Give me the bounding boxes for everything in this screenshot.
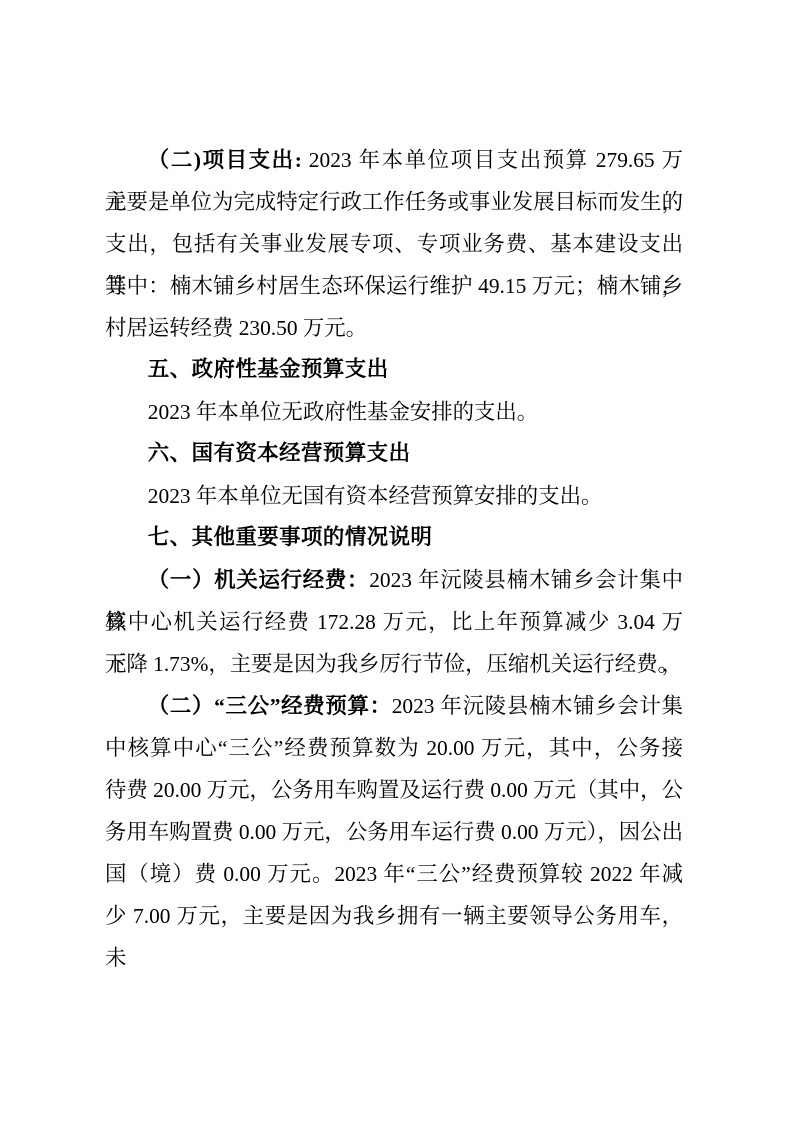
text-line: 务用车购置费 0.00 万元，公务用车运行费 0.00 万元），因公出 bbox=[105, 811, 683, 853]
text-line: 村居运转经费 230.50 万元。 bbox=[105, 307, 683, 349]
text-line: 2023 年本单位无国有资本经营预算安排的支出。 bbox=[105, 475, 683, 517]
heading-other-important-matters: 七、其他重要事项的情况说明 bbox=[105, 517, 683, 559]
document-page: （二)项目支出: 2023 年本单位项目支出预算 279.65 万元， 主要是单… bbox=[0, 0, 793, 1122]
text-line: 2023 年本单位无政府性基金安排的支出。 bbox=[105, 391, 683, 433]
text-line: （二）“三公”经费预算：2023 年沅陵县楠木铺乡会计集 bbox=[105, 685, 683, 727]
heading-state-capital-budget: 六、国有资本经营预算支出 bbox=[105, 433, 683, 475]
paragraph-lead: （二）“三公”经费预算： bbox=[148, 694, 392, 718]
text-line: 其中：楠木铺乡村居生态环保运行维护 49.15 万元；楠木铺乡 bbox=[105, 265, 683, 307]
paragraph-lead: （二)项目支出: bbox=[148, 148, 302, 172]
text-run: 2023 年沅陵县楠木铺乡会计集 bbox=[392, 694, 683, 718]
paragraph-no-gov-fund: 2023 年本单位无政府性基金安排的支出。 bbox=[105, 391, 683, 433]
text-line: （一）机关运行经费：2023 年沅陵县楠木铺乡会计集中核 bbox=[105, 559, 683, 601]
paragraph-agency-operating-cost: （一）机关运行经费：2023 年沅陵县楠木铺乡会计集中核 算中心机关运行经费 1… bbox=[105, 559, 683, 685]
text-line: 少 7.00 万元，主要是因为我乡拥有一辆主要领导公务用车，未 bbox=[105, 895, 683, 937]
text-line: 下降 1.73%，主要是因为我乡厉行节俭，压缩机关运行经费。 bbox=[105, 643, 683, 685]
heading-gov-fund-budget: 五、政府性基金预算支出 bbox=[105, 349, 683, 391]
text-line: 算中心机关运行经费 172.28 万元，比上年预算减少 3.04 万元， bbox=[105, 601, 683, 643]
document-body: （二)项目支出: 2023 年本单位项目支出预算 279.65 万元， 主要是单… bbox=[105, 139, 683, 937]
text-line: （二)项目支出: 2023 年本单位项目支出预算 279.65 万元， bbox=[105, 139, 683, 181]
text-line: 主要是单位为完成特定行政工作任务或事业发展目标而发生的 bbox=[105, 181, 683, 223]
paragraph-project-expense: （二)项目支出: 2023 年本单位项目支出预算 279.65 万元， 主要是单… bbox=[105, 139, 683, 349]
paragraph-lead: （一）机关运行经费： bbox=[148, 568, 369, 592]
text-line: 待费 20.00 万元，公务用车购置及运行费 0.00 万元（其中，公 bbox=[105, 769, 683, 811]
text-line: 国（境）费 0.00 万元。2023 年“三公”经费预算较 2022 年减 bbox=[105, 853, 683, 895]
paragraph-no-state-capital: 2023 年本单位无国有资本经营预算安排的支出。 bbox=[105, 475, 683, 517]
text-line: 支出，包括有关事业发展专项、专项业务费、基本建设支出等， bbox=[105, 223, 683, 265]
text-line: 中核算中心“三公”经费预算数为 20.00 万元，其中，公务接 bbox=[105, 727, 683, 769]
paragraph-three-public-budget: （二）“三公”经费预算：2023 年沅陵县楠木铺乡会计集 中核算中心“三公”经费… bbox=[105, 685, 683, 937]
